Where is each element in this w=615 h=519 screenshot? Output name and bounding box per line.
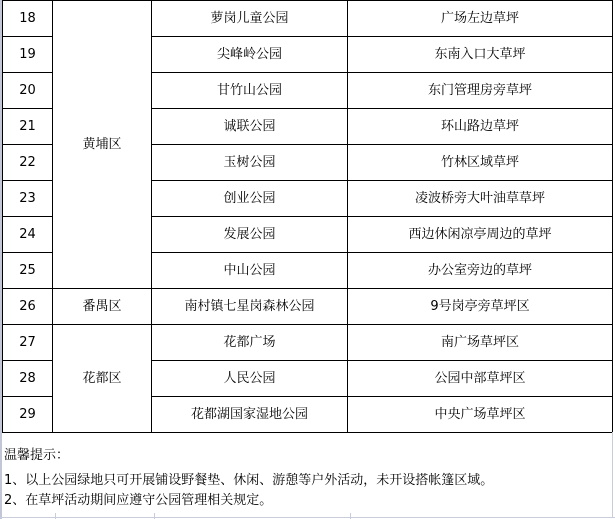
location-cell: 西边休闲凉亭周边的草坪 bbox=[348, 217, 613, 253]
note-line: 1、以上公园绿地只可开展铺设野餐垫、休闲、游憩等户外活动，未开设搭帐篷区域。 bbox=[4, 469, 493, 488]
location-cell: 公园中部草坪区 bbox=[348, 361, 613, 397]
park-name-cell: 人民公园 bbox=[152, 361, 348, 397]
location-cell: 中央广场草坪区 bbox=[348, 397, 613, 433]
district-cell: 番禺区 bbox=[53, 289, 152, 325]
park-name-cell: 中山公园 bbox=[152, 253, 348, 289]
park-name-cell: 诚联公园 bbox=[152, 109, 348, 145]
park-name-cell: 花都湖国家湿地公园 bbox=[152, 397, 348, 433]
row-number-cell: 20 bbox=[3, 73, 53, 109]
gridline-right bbox=[612, 432, 613, 518]
district-cell: 花都区 bbox=[53, 325, 152, 433]
row-number-cell: 23 bbox=[3, 181, 53, 217]
park-name-cell: 甘竹山公园 bbox=[152, 73, 348, 109]
table-body: 18黄埔区萝岗儿童公园广场左边草坪19尖峰岭公园东南入口大草坪20甘竹山公园东门… bbox=[3, 1, 613, 433]
park-name-cell: 尖峰岭公园 bbox=[152, 37, 348, 73]
park-name-cell: 南村镇七星岗森林公园 bbox=[152, 289, 348, 325]
park-name-cell: 玉树公园 bbox=[152, 145, 348, 181]
location-cell: 凌波桥旁大叶油草草坪 bbox=[348, 181, 613, 217]
gridline-bottom bbox=[0, 517, 615, 518]
table-row: 26番禺区南村镇七星岗森林公园9号岗亭旁草坪区 bbox=[3, 289, 613, 325]
park-name-cell: 创业公园 bbox=[152, 181, 348, 217]
gridline-stub bbox=[154, 513, 155, 519]
row-number-cell: 19 bbox=[3, 37, 53, 73]
location-cell: 南广场草坪区 bbox=[348, 325, 613, 361]
row-number-cell: 29 bbox=[3, 397, 53, 433]
row-number-cell: 18 bbox=[3, 1, 53, 37]
park-name-cell: 萝岗儿童公园 bbox=[152, 1, 348, 37]
notes-title: 温馨提示： bbox=[4, 444, 69, 463]
row-number-cell: 21 bbox=[3, 109, 53, 145]
location-cell: 东门管理房旁草坪 bbox=[348, 73, 613, 109]
parks-table: 18黄埔区萝岗儿童公园广场左边草坪19尖峰岭公园东南入口大草坪20甘竹山公园东门… bbox=[2, 0, 613, 433]
spreadsheet-capture: 18黄埔区萝岗儿童公园广场左边草坪19尖峰岭公园东南入口大草坪20甘竹山公园东门… bbox=[0, 0, 615, 519]
location-cell: 竹林区域草坪 bbox=[348, 145, 613, 181]
location-cell: 广场左边草坪 bbox=[348, 1, 613, 37]
gridline-stub bbox=[55, 513, 56, 519]
table-row: 27花都区花都广场南广场草坪区 bbox=[3, 325, 613, 361]
notes-section: 温馨提示： 1、以上公园绿地只可开展铺设野餐垫、休闲、游憩等户外活动，未开设搭帐… bbox=[4, 432, 610, 517]
district-cell: 黄埔区 bbox=[53, 1, 152, 289]
row-number-cell: 28 bbox=[3, 361, 53, 397]
note-line: 2、在草坪活动期间应遵守公园管理相关规定。 bbox=[4, 489, 272, 508]
row-number-cell: 24 bbox=[3, 217, 53, 253]
location-cell: 办公室旁边的草坪 bbox=[348, 253, 613, 289]
park-name-cell: 发展公园 bbox=[152, 217, 348, 253]
location-cell: 东南入口大草坪 bbox=[348, 37, 613, 73]
row-number-cell: 22 bbox=[3, 145, 53, 181]
table-row: 18黄埔区萝岗儿童公园广场左边草坪 bbox=[3, 1, 613, 37]
row-number-cell: 27 bbox=[3, 325, 53, 361]
location-cell: 9号岗亭旁草坪区 bbox=[348, 289, 613, 325]
row-number-cell: 26 bbox=[3, 289, 53, 325]
gridline-stub bbox=[350, 513, 351, 519]
park-name-cell: 花都广场 bbox=[152, 325, 348, 361]
row-number-cell: 25 bbox=[3, 253, 53, 289]
location-cell: 环山路边草坪 bbox=[348, 109, 613, 145]
